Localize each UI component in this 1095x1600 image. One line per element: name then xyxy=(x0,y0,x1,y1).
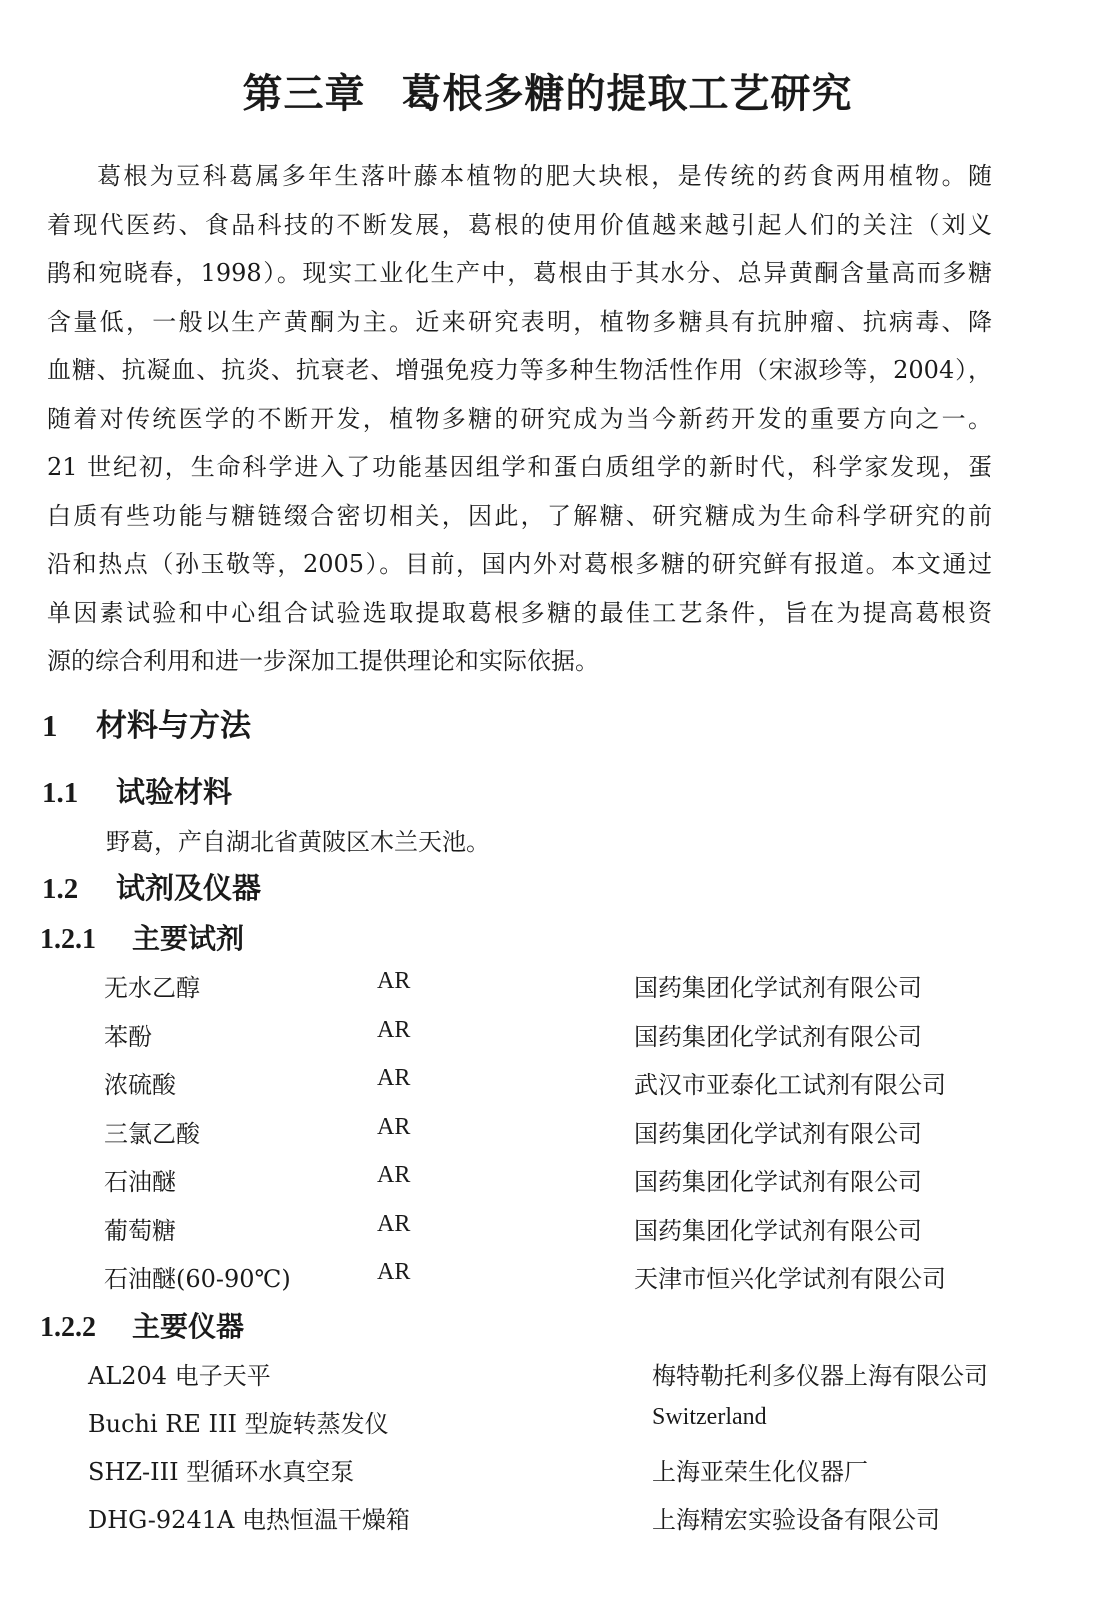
instrument-maker: Switzerland xyxy=(652,1404,767,1431)
reagent-name: 苯酚 xyxy=(104,1017,152,1052)
reagent-name: 浓硫酸 xyxy=(104,1065,176,1100)
instrument-name: SHZ-III 型循环水真空泵 xyxy=(88,1452,354,1487)
paragraph-line: 沿和热点（孙玉敬等，2005）。目前，国内外对葛根多糖的研究鲜有报道。本文通过 xyxy=(47,540,992,589)
section-title: 试验材料 xyxy=(116,775,232,809)
paragraph-line: 随着对传统医学的不断开发，植物多糖的研究成为当今新药开发的重要方向之一。 xyxy=(47,395,992,444)
section-title: 主要仪器 xyxy=(132,1310,244,1343)
reagent-grade: AR xyxy=(377,1211,410,1238)
section-heading-1-1: 1.1试验材料 xyxy=(42,770,232,811)
reagent-supplier: 国药集团化学试剂有限公司 xyxy=(634,968,922,1003)
section-title: 材料与方法 xyxy=(96,708,251,744)
intro-paragraph: 葛根为豆科葛属多年生落叶藤本植物的肥大块根，是传统的药食两用植物。随 着现代医药… xyxy=(47,152,992,686)
reagent-grade: AR xyxy=(377,1017,410,1044)
reagent-grade: AR xyxy=(377,968,410,995)
reagent-supplier: 国药集团化学试剂有限公司 xyxy=(634,1017,922,1052)
reagent-name: 无水乙醇 xyxy=(104,968,200,1003)
chapter-title-text: 葛根多糖的提取工艺研究 xyxy=(402,71,853,117)
section-number: 1.2.1 xyxy=(40,924,132,956)
chapter-label: 第三章 xyxy=(243,71,366,117)
instrument-maker: 梅特勒托利多仪器上海有限公司 xyxy=(652,1356,988,1391)
paragraph-line: 21 世纪初，生命科学进入了功能基因组学和蛋白质组学的新时代，科学家发现，蛋 xyxy=(47,443,992,492)
reagent-supplier: 国药集团化学试剂有限公司 xyxy=(634,1211,922,1246)
section-number: 1.1 xyxy=(42,777,116,810)
paragraph-line: 源的综合利用和进一步深加工提供理论和实际依据。 xyxy=(47,637,992,686)
reagent-name: 葡萄糖 xyxy=(104,1211,176,1246)
reagent-supplier: 武汉市亚泰化工试剂有限公司 xyxy=(634,1065,946,1100)
material-description: 野葛，产自湖北省黄陂区木兰天池。 xyxy=(106,822,490,857)
section-number: 1 xyxy=(42,708,96,744)
reagent-supplier: 天津市恒兴化学试剂有限公司 xyxy=(634,1259,946,1294)
reagent-grade: AR xyxy=(377,1259,410,1286)
paragraph-line: 着现代医药、食品科技的不断发展，葛根的使用价值越来越引起人们的关注（刘义 xyxy=(47,201,992,250)
document-page: 第三章葛根多糖的提取工艺研究 葛根为豆科葛属多年生落叶藤本植物的肥大块根，是传统… xyxy=(0,0,1095,1600)
section-heading-1-2-1: 1.2.1主要试剂 xyxy=(40,917,244,957)
section-number: 1.2 xyxy=(42,873,116,906)
paragraph-line: 含量低，一般以生产黄酮为主。近来研究表明，植物多糖具有抗肿瘤、抗病毒、降 xyxy=(47,298,992,347)
reagent-name: 三氯乙酸 xyxy=(104,1114,200,1149)
paragraph-line: 鹃和宛晓春，1998）。现实工业化生产中，葛根由于其水分、总异黄酮含量高而多糖 xyxy=(47,249,992,298)
section-number: 1.2.2 xyxy=(40,1312,132,1344)
reagent-supplier: 国药集团化学试剂有限公司 xyxy=(634,1114,922,1149)
reagent-grade: AR xyxy=(377,1162,410,1189)
paragraph-line: 单因素试验和中心组合试验选取提取葛根多糖的最佳工艺条件，旨在为提高葛根资 xyxy=(47,589,992,638)
reagent-grade: AR xyxy=(377,1065,410,1092)
instrument-name: DHG-9241A 电热恒温干燥箱 xyxy=(88,1500,410,1535)
section-title: 试剂及仪器 xyxy=(116,871,261,905)
instrument-name: Buchi RE III 型旋转蒸发仪 xyxy=(88,1404,389,1439)
instrument-maker: 上海亚荣生化仪器厂 xyxy=(652,1452,868,1487)
reagent-supplier: 国药集团化学试剂有限公司 xyxy=(634,1162,922,1197)
reagent-grade: AR xyxy=(377,1114,410,1141)
instrument-name: AL204 电子天平 xyxy=(88,1356,271,1391)
instrument-maker: 上海精宏实验设备有限公司 xyxy=(652,1500,940,1535)
paragraph-line: 葛根为豆科葛属多年生落叶藤本植物的肥大块根，是传统的药食两用植物。随 xyxy=(47,152,992,201)
section-heading-1-2-2: 1.2.2主要仪器 xyxy=(40,1305,244,1345)
paragraph-line: 血糖、抗凝血、抗炎、抗衰老、增强免疫力等多种生物活性作用（宋淑珍等，2004）， xyxy=(47,346,992,395)
section-heading-1: 1材料与方法 xyxy=(42,700,251,745)
chapter-title: 第三章葛根多糖的提取工艺研究 xyxy=(0,62,1095,119)
reagent-name: 石油醚(60-90℃) xyxy=(104,1259,291,1294)
reagent-name: 石油醚 xyxy=(104,1162,176,1197)
section-heading-1-2: 1.2试剂及仪器 xyxy=(42,866,261,907)
section-title: 主要试剂 xyxy=(132,922,244,955)
paragraph-line: 白质有些功能与糖链缀合密切相关，因此，了解糖、研究糖成为生命科学研究的前 xyxy=(47,492,992,541)
